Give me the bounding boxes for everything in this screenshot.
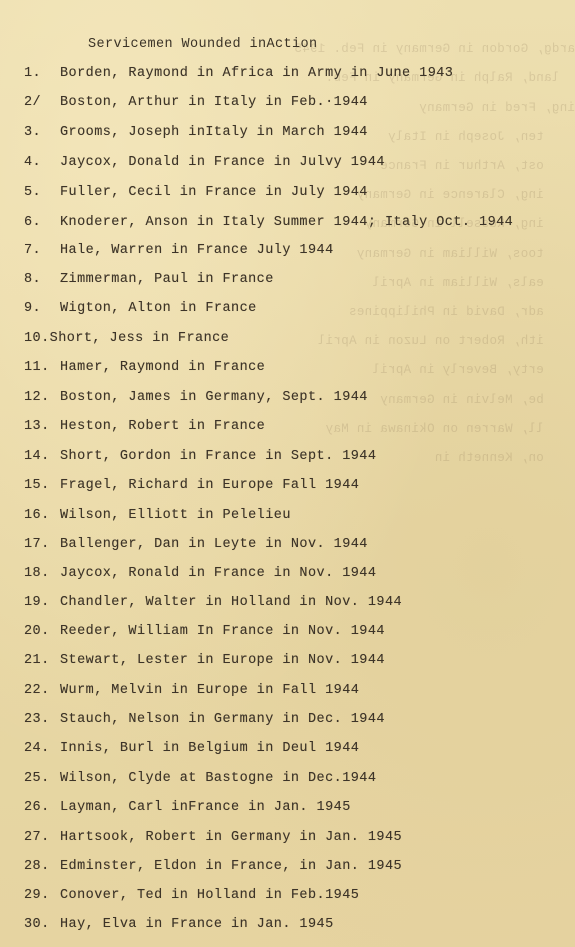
list-item: 20.Reeder, William In France in Nov. 194… — [24, 624, 385, 639]
item-text: Ballenger, Dan in Leyte in Nov. 1944 — [60, 537, 368, 552]
item-text: Reeder, William In France in Nov. 1944 — [60, 624, 385, 639]
item-text: Hay, Elva in France in Jan. 1945 — [60, 917, 334, 932]
list-item: 23.Stauch, Nelson in Germany in Dec. 194… — [24, 712, 385, 727]
item-number: 20. — [24, 624, 60, 639]
item-text: Wurm, Melvin in Europe in Fall 1944 — [60, 683, 359, 698]
item-number: 9. — [24, 301, 60, 316]
list-item: 5.Fuller, Cecil in France in July 1944 — [24, 185, 368, 200]
item-number: 17. — [24, 537, 60, 552]
item-text: Jaycox, Donald in France in Julvy 1944 — [60, 155, 385, 170]
item-text: Boston, Arthur in Italy in Feb.·1944 — [60, 95, 368, 110]
item-number: 11. — [24, 360, 60, 375]
item-text: Fragel, Richard in Europe Fall 1944 — [60, 478, 359, 493]
list-item: 4.Jaycox, Donald in France in Julvy 1944 — [24, 155, 385, 170]
item-number: 5. — [24, 185, 60, 200]
item-number: 26. — [24, 800, 60, 815]
item-number: 2/ — [24, 95, 60, 110]
item-number: 18. — [24, 566, 60, 581]
list-item: 1.Borden, Raymond in Africa in Army in J… — [24, 66, 453, 81]
item-text: Heston, Robert in France — [60, 419, 265, 434]
list-item: 7.Hale, Warren in France July 1944 — [24, 243, 334, 258]
list-item: 2/Boston, Arthur in Italy in Feb.·1944 — [24, 95, 368, 110]
list-item: 6.Knoderer, Anson in Italy Summer 1944; … — [24, 215, 513, 230]
item-text: Chandler, Walter in Holland in Nov. 1944 — [60, 595, 402, 610]
item-text: Grooms, Joseph inItaly in March 1944 — [60, 125, 368, 140]
list-item: 17.Ballenger, Dan in Leyte in Nov. 1944 — [24, 537, 368, 552]
item-text: Stewart, Lester in Europe in Nov. 1944 — [60, 653, 385, 668]
item-text: Stauch, Nelson in Germany in Dec. 1944 — [60, 712, 385, 727]
scanned-document-page: ardg, Gordon in Germany in Feb. 1945 lan… — [0, 0, 575, 947]
item-number: 22. — [24, 683, 60, 698]
item-number: 7. — [24, 243, 60, 258]
item-number: 10. — [24, 331, 50, 346]
list-item: 19.Chandler, Walter in Holland in Nov. 1… — [24, 595, 402, 610]
item-number: 21. — [24, 653, 60, 668]
item-number: 23. — [24, 712, 60, 727]
item-text: Hamer, Raymond in France — [60, 360, 265, 375]
item-text: Innis, Burl in Belgium in Deul 1944 — [60, 741, 359, 756]
item-number: 6. — [24, 215, 60, 230]
item-text: Conover, Ted in Holland in Feb.1945 — [60, 888, 359, 903]
item-text: Short, Gordon in France in Sept. 1944 — [60, 449, 376, 464]
item-number: 24. — [24, 741, 60, 756]
list-item: 9.Wigton, Alton in France — [24, 301, 257, 316]
item-number: 27. — [24, 830, 60, 845]
item-text: Jaycox, Ronald in France in Nov. 1944 — [60, 566, 376, 581]
list-item: 3.Grooms, Joseph inItaly in March 1944 — [24, 125, 368, 140]
item-text: Short, Jess in France — [50, 331, 230, 346]
item-number: 8. — [24, 272, 60, 287]
item-number: 4. — [24, 155, 60, 170]
list-item: 29.Conover, Ted in Holland in Feb.1945 — [24, 888, 359, 903]
item-text: Hale, Warren in France July 1944 — [60, 243, 334, 258]
item-text: Borden, Raymond in Africa in Army in Jun… — [60, 66, 453, 81]
list-item: 15.Fragel, Richard in Europe Fall 1944 — [24, 478, 359, 493]
list-item: 22.Wurm, Melvin in Europe in Fall 1944 — [24, 683, 359, 698]
item-text: Zimmerman, Paul in France — [60, 272, 274, 287]
item-number: 25. — [24, 771, 60, 786]
item-text: Hartsook, Robert in Germany in Jan. 1945 — [60, 830, 402, 845]
list-item: 12.Boston, James in Germany, Sept. 1944 — [24, 390, 368, 405]
item-number: 19. — [24, 595, 60, 610]
list-item: 25.Wilson, Clyde at Bastogne in Dec.1944 — [24, 771, 376, 786]
list-item: 16.Wilson, Elliott in Pelelieu — [24, 508, 291, 523]
list-item: 8.Zimmerman, Paul in France — [24, 272, 274, 287]
item-number: 3. — [24, 125, 60, 140]
item-text: Edminster, Eldon in France, in Jan. 1945 — [60, 859, 402, 874]
list-item: 14.Short, Gordon in France in Sept. 1944 — [24, 449, 376, 464]
list-item: 24.Innis, Burl in Belgium in Deul 1944 — [24, 741, 359, 756]
item-text: Fuller, Cecil in France in July 1944 — [60, 185, 368, 200]
list-item: 27.Hartsook, Robert in Germany in Jan. 1… — [24, 830, 402, 845]
item-text: Wilson, Elliott in Pelelieu — [60, 508, 291, 523]
item-number: 1. — [24, 66, 60, 81]
item-text: Wilson, Clyde at Bastogne in Dec.1944 — [60, 771, 376, 786]
list-item: 18.Jaycox, Ronald in France in Nov. 1944 — [24, 566, 376, 581]
item-number: 30. — [24, 917, 60, 932]
document-title: Servicemen Wounded inAction — [88, 37, 318, 52]
item-number: 13. — [24, 419, 60, 434]
item-number: 29. — [24, 888, 60, 903]
item-text: Knoderer, Anson in Italy Summer 1944; It… — [60, 215, 513, 230]
item-number: 12. — [24, 390, 60, 405]
list-item: 30.Hay, Elva in France in Jan. 1945 — [24, 917, 334, 932]
item-number: 28. — [24, 859, 60, 874]
item-number: 15. — [24, 478, 60, 493]
list-item: 13.Heston, Robert in France — [24, 419, 265, 434]
item-number: 16. — [24, 508, 60, 523]
list-item: 11.Hamer, Raymond in France — [24, 360, 265, 375]
item-number: 14. — [24, 449, 60, 464]
item-text: Wigton, Alton in France — [60, 301, 257, 316]
list-item: 26.Layman, Carl inFrance in Jan. 1945 — [24, 800, 351, 815]
list-item: 21.Stewart, Lester in Europe in Nov. 194… — [24, 653, 385, 668]
item-text: Layman, Carl inFrance in Jan. 1945 — [60, 800, 351, 815]
item-text: Boston, James in Germany, Sept. 1944 — [60, 390, 368, 405]
list-item: 28.Edminster, Eldon in France, in Jan. 1… — [24, 859, 402, 874]
list-item: 10.Short, Jess in France — [24, 331, 229, 346]
